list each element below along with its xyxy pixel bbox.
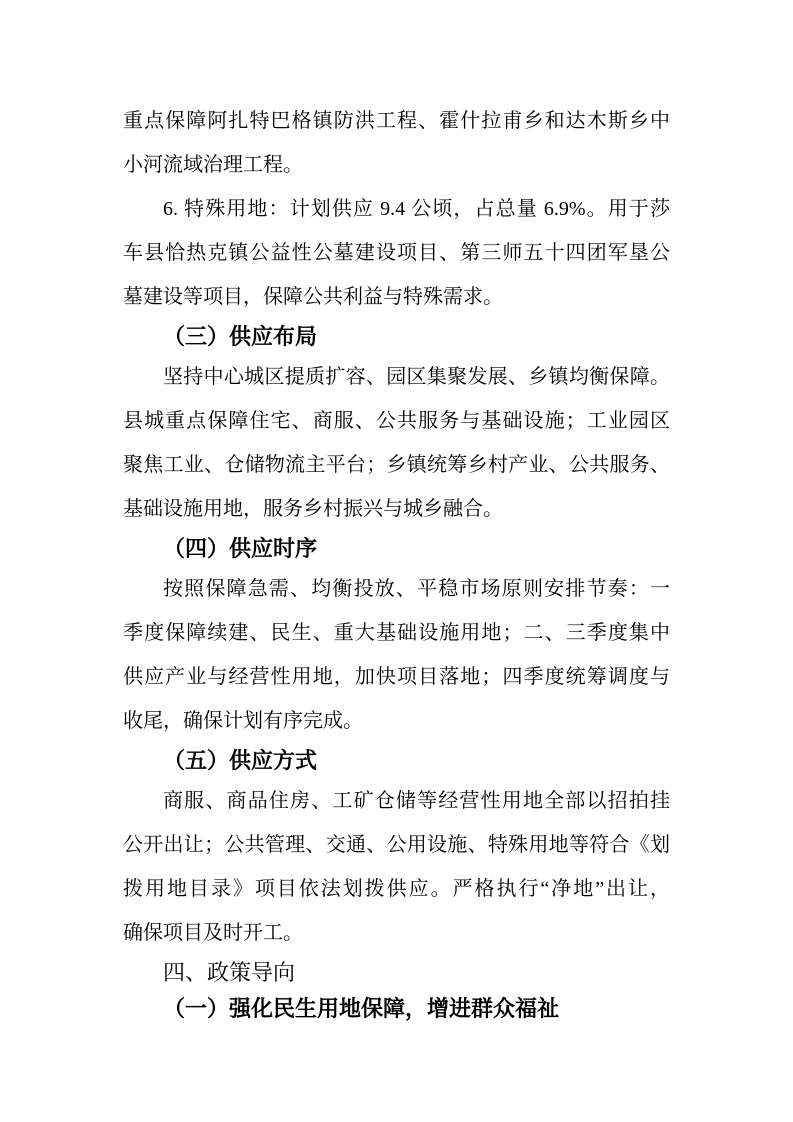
paragraph: 重点保障阿扎特巴格镇防洪工程、霍什拉甫乡和达木斯乡中 小河流域治理工程。 [123,99,670,187]
text-line: 车县恰热克镇公益性公墓建设项目、第三师五十四团军垦公 [123,231,670,275]
text-line: 小河流域治理工程。 [123,143,670,187]
text-line: 基础设施用地，服务乡村振兴与城乡融合。 [123,487,670,531]
section-heading-supply-method: （五）供应方式 [123,743,670,779]
paragraph: 坚持中心城区提质扩容、园区集聚发展、乡镇均衡保障。 县城重点保障住宅、商服、公共… [123,355,670,531]
text-line: 拨用地目录》项目依法划拨供应。严格执行“净地”出让， [123,867,670,911]
text-line: 按照保障急需、均衡投放、平稳市场原则安排节奏：一 [123,567,670,611]
document-page: 重点保障阿扎特巴格镇防洪工程、霍什拉甫乡和达木斯乡中 小河流域治理工程。 6. … [0,0,793,1122]
text-line: 商服、商品住房、工矿仓储等经营性用地全部以招拍挂 [123,779,670,823]
section-heading-supply-layout: （三）供应布局 [123,319,670,355]
section-heading-livelihood-land: （一）强化民生用地保障，增进群众福祉 [123,991,670,1027]
text-line: 重点保障阿扎特巴格镇防洪工程、霍什拉甫乡和达木斯乡中 [123,99,670,143]
text-line: 确保项目及时开工。 [123,911,670,955]
text-line: 收尾，确保计划有序完成。 [123,699,670,743]
text-line: 墓建设等项目，保障公共利益与特殊需求。 [123,275,670,319]
paragraph: 6. 特殊用地：计划供应 9.4 公顷，占总量 6.9%。用于莎 车县恰热克镇公… [123,187,670,319]
text-line: 公开出让；公共管理、交通、公用设施、特殊用地等符合《划 [123,823,670,867]
text-line: 6. 特殊用地：计划供应 9.4 公顷，占总量 6.9%。用于莎 [123,187,670,231]
text-line: 供应产业与经营性用地，加快项目落地；四季度统筹调度与 [123,655,670,699]
text-line: 聚焦工业、仓储物流主平台；乡镇统筹乡村产业、公共服务、 [123,443,670,487]
paragraph: 按照保障急需、均衡投放、平稳市场原则安排节奏：一 季度保障续建、民生、重大基础设… [123,567,670,743]
paragraph: 商服、商品住房、工矿仓储等经营性用地全部以招拍挂 公开出让；公共管理、交通、公用… [123,779,670,955]
text-line: 坚持中心城区提质扩容、园区集聚发展、乡镇均衡保障。 [123,355,670,399]
text-line: 季度保障续建、民生、重大基础设施用地；二、三季度集中 [123,611,670,655]
chapter-heading-policy-orientation: 四、政策导向 [123,955,670,991]
document-body: 重点保障阿扎特巴格镇防洪工程、霍什拉甫乡和达木斯乡中 小河流域治理工程。 6. … [123,0,670,1027]
section-heading-supply-timing: （四）供应时序 [123,531,670,567]
text-line: 县城重点保障住宅、商服、公共服务与基础设施；工业园区 [123,399,670,443]
